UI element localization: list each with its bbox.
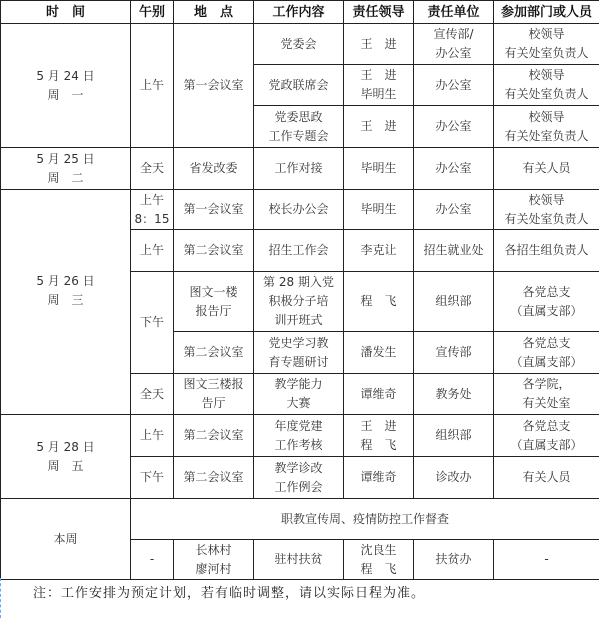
table-row: 5 月 24 日 周 一 上午 第一会议室 党委会 王 进 宣传部/办公室 校领… (1, 24, 599, 65)
content-line: 党委会 (255, 35, 342, 54)
date-cell: 5 月 24 日 周 一 (1, 24, 131, 148)
content-cell: 招生工作会 (254, 230, 344, 272)
content-line: 工作对接 (255, 159, 342, 178)
date-cell: 5 月 26 日 周 三 (1, 190, 131, 415)
leader-cell: 谭维奇 (344, 374, 414, 415)
period-cell: 上午 (131, 24, 174, 148)
content-line: 第 28 期入党 (255, 273, 342, 292)
leader-line: 谭维奇 (345, 385, 412, 404)
location-cell: 图文一楼报告厅 (174, 272, 254, 332)
header-row: 时 间 午别 地 点 工作内容 责任领导 责任单位 参加部门或人员 (1, 1, 599, 24)
period-cell: 上午 (131, 415, 174, 457)
leader-line: 沈良生 (345, 541, 412, 560)
leader-line: 程 飞 (345, 292, 412, 311)
attendees-line: 有关人员 (495, 468, 598, 487)
content-cell: 年度党建工作考核 (254, 415, 344, 457)
leader-line: 王 进 (345, 66, 412, 85)
attendees-line: 各党总支 (495, 334, 598, 353)
content-cell: 党史学习教育专题研讨 (254, 332, 344, 374)
unit-line: 宣传部 (415, 343, 492, 362)
weekly-schedule-table: 时 间 午别 地 点 工作内容 责任领导 责任单位 参加部门或人员 5 月 24… (0, 0, 599, 580)
table-row: 5 月 28 日 周 五 上午 第二会议室 年度党建工作考核 王 进程 飞 组织… (1, 415, 599, 457)
attendees-line: 校领导 (495, 191, 598, 210)
leader-cell: 王 进毕明生 (344, 65, 414, 106)
content-line: 年度党建 (255, 417, 342, 436)
unit-line: 教务处 (415, 385, 492, 404)
location-cell: 省发改委 (174, 148, 254, 190)
content-cell: 党政联席会 (254, 65, 344, 106)
leader-cell: 王 进程 飞 (344, 415, 414, 457)
leader-line: 李克让 (345, 241, 412, 260)
content-line: 招生工作会 (255, 241, 342, 260)
location-cell: 长林村廖河村 (174, 540, 254, 580)
leader-cell: 毕明生 (344, 148, 414, 190)
date-text: 5 月 24 日 (2, 67, 129, 86)
unit-line: 办公室 (415, 117, 492, 136)
unit-cell: 办公室 (414, 190, 494, 230)
leader-line: 毕明生 (345, 159, 412, 178)
attendees-line: 各党总支 (495, 417, 598, 436)
date-cell: 5 月 25 日 周 二 (1, 148, 131, 190)
unit-cell: 宣传部/办公室 (414, 24, 494, 65)
location-line: 报告厅 (175, 302, 252, 321)
content-line: 校长办公会 (255, 200, 342, 219)
table-row: 5 月 26 日 周 三 上午8：15 第一会议室 校长办公会 毕明生 办公室 … (1, 190, 599, 230)
date-text: 5 月 28 日 (2, 438, 129, 457)
date-text: 5 月 26 日 (2, 272, 129, 291)
period-line: 8：15 (132, 210, 172, 229)
attendees-line: （直属支部） (495, 353, 598, 372)
unit-line: 办公室 (415, 159, 492, 178)
weekday-text: 周 一 (2, 86, 129, 105)
content-line: 训开班式 (255, 311, 342, 330)
table-row: 本周 职教宣传周、疫情防控工作督查 (1, 499, 599, 540)
attendees-cell: 各党总支（直属支部） (494, 415, 599, 457)
attendees-cell: 各学院，有关处室 (494, 374, 599, 415)
content-line: 党史学习教 (255, 334, 342, 353)
location-cell: 第二会议室 (174, 457, 254, 499)
attendees-line: 各招生组负责人 (495, 241, 598, 260)
location-line: 长林村 (175, 541, 252, 560)
leader-cell: 谭维奇 (344, 457, 414, 499)
unit-cell: 教务处 (414, 374, 494, 415)
attendees-cell: 有关人员 (494, 148, 599, 190)
weekday-text: 周 五 (2, 457, 129, 476)
attendees-line: 校领导 (495, 66, 598, 85)
unit-line: 招生就业处 (415, 241, 492, 260)
attendees-line: 有关处室负责人 (495, 210, 598, 229)
attendees-line: 有关处室负责人 (495, 85, 598, 104)
period-cell: 下午 (131, 457, 174, 499)
leader-line: 程 飞 (345, 560, 412, 579)
content-cell: 教学能力大赛 (254, 374, 344, 415)
content-line: 教学能力 (255, 375, 342, 394)
header-location: 地 点 (174, 1, 254, 24)
leader-cell: 李克让 (344, 230, 414, 272)
attendees-line: 有关人员 (495, 159, 598, 178)
location-cell: 图文三楼报告厅 (174, 374, 254, 415)
attendees-line: （直属支部） (495, 302, 598, 321)
period-cell: 全天 (131, 374, 174, 415)
header-period: 午别 (131, 1, 174, 24)
leader-line: 程 飞 (345, 436, 412, 455)
unit-line: 宣传部/ (415, 25, 492, 44)
content-line: 党政联席会 (255, 76, 342, 95)
leader-line: 潘发生 (345, 343, 412, 362)
attendees-line: 有关处室 (495, 394, 598, 413)
content-cell: 第 28 期入党积极分子培训开班式 (254, 272, 344, 332)
attendees-line: 各学院， (495, 375, 598, 394)
period-cell: 上午 (131, 230, 174, 272)
period-cell: 上午8：15 (131, 190, 174, 230)
leader-cell: 王 进 (344, 106, 414, 148)
leader-line: 毕明生 (345, 85, 412, 104)
content-line: 大赛 (255, 394, 342, 413)
attendees-line: 各党总支 (495, 283, 598, 302)
leader-cell: 王 进 (344, 24, 414, 65)
footnote: 注：工作安排为预定计划，若有临时调整，请以实际日程为准。 (0, 578, 599, 618)
leader-line: 谭维奇 (345, 468, 412, 487)
this-week-label: 本周 (1, 499, 131, 580)
content-line: 育专题研讨 (255, 353, 342, 372)
leader-cell: 沈良生程 飞 (344, 540, 414, 580)
content-line: 教学诊改 (255, 459, 342, 478)
location-cell: 第一会议室 (174, 24, 254, 148)
header-content: 工作内容 (254, 1, 344, 24)
content-line: 工作例会 (255, 478, 342, 497)
leader-line: 毕明生 (345, 200, 412, 219)
unit-cell: 宣传部 (414, 332, 494, 374)
unit-cell: 组织部 (414, 272, 494, 332)
unit-line: 办公室 (415, 76, 492, 95)
unit-cell: 组织部 (414, 415, 494, 457)
unit-cell: 办公室 (414, 106, 494, 148)
content-line: 积极分子培 (255, 292, 342, 311)
attendees-cell: 校领导有关处室负责人 (494, 65, 599, 106)
location-line: 图文三楼报 (175, 375, 252, 394)
attendees-cell: 有关人员 (494, 457, 599, 499)
weekday-text: 周 三 (2, 291, 129, 310)
period-cell: 全天 (131, 148, 174, 190)
unit-cell: 办公室 (414, 65, 494, 106)
attendees-line: （直属支部） (495, 436, 598, 455)
location-line: 告厅 (175, 394, 252, 413)
attendees-line: 有关处室负责人 (495, 127, 598, 146)
content-cell: 驻村扶贫 (254, 540, 344, 580)
header-leader: 责任领导 (344, 1, 414, 24)
unit-line: 组织部 (415, 426, 492, 445)
header-unit: 责任单位 (414, 1, 494, 24)
location-line: 图文一楼 (175, 283, 252, 302)
leader-line: 王 进 (345, 35, 412, 54)
attendees-line: 校领导 (495, 25, 598, 44)
leader-line: 王 进 (345, 117, 412, 136)
date-cell: 5 月 28 日 周 五 (1, 415, 131, 499)
unit-cell: 诊改办 (414, 457, 494, 499)
header-attendees: 参加部门或人员 (494, 1, 599, 24)
attendees-line: 校领导 (495, 108, 598, 127)
content-line: 工作专题会 (255, 127, 342, 146)
this-week-summary: 职教宣传周、疫情防控工作督查 (131, 499, 599, 540)
location-cell: 第二会议室 (174, 230, 254, 272)
footnote-text: 注：工作安排为预定计划，若有临时调整，请以实际日程为准。 (33, 582, 425, 601)
attendees-cell: - (494, 540, 599, 580)
weekday-text: 周 二 (2, 169, 129, 188)
leader-cell: 潘发生 (344, 332, 414, 374)
location-cell: 第二会议室 (174, 332, 254, 374)
leader-line: 王 进 (345, 417, 412, 436)
unit-line: 组织部 (415, 292, 492, 311)
attendees-cell: 校领导有关处室负责人 (494, 190, 599, 230)
leader-cell: 毕明生 (344, 190, 414, 230)
header-time: 时 间 (1, 1, 131, 24)
attendees-cell: 校领导有关处室负责人 (494, 106, 599, 148)
content-line: 工作考核 (255, 436, 342, 455)
content-cell: 教学诊改工作例会 (254, 457, 344, 499)
location-cell: 第一会议室 (174, 190, 254, 230)
content-cell: 党委会 (254, 24, 344, 65)
period-line: 上午 (132, 191, 172, 210)
unit-line: 办公室 (415, 44, 492, 63)
content-cell: 党委思政工作专题会 (254, 106, 344, 148)
attendees-cell: 校领导有关处室负责人 (494, 24, 599, 65)
content-cell: 校长办公会 (254, 190, 344, 230)
unit-cell: 招生就业处 (414, 230, 494, 272)
date-text: 5 月 25 日 (2, 150, 129, 169)
attendees-cell: 各党总支（直属支部） (494, 272, 599, 332)
leader-cell: 程 飞 (344, 272, 414, 332)
location-line: 廖河村 (175, 560, 252, 579)
attendees-cell: 各党总支（直属支部） (494, 332, 599, 374)
content-cell: 工作对接 (254, 148, 344, 190)
attendees-line: 有关处室负责人 (495, 44, 598, 63)
period-cell: 下午 (131, 272, 174, 374)
table-row: 5 月 25 日 周 二 全天 省发改委 工作对接 毕明生 办公室 有关人员 (1, 148, 599, 190)
unit-cell: 办公室 (414, 148, 494, 190)
unit-cell: 扶贫办 (414, 540, 494, 580)
location-cell: 第二会议室 (174, 415, 254, 457)
period-cell: - (131, 540, 174, 580)
attendees-cell: 各招生组负责人 (494, 230, 599, 272)
unit-line: 办公室 (415, 200, 492, 219)
unit-line: 诊改办 (415, 468, 492, 487)
content-line: 党委思政 (255, 108, 342, 127)
